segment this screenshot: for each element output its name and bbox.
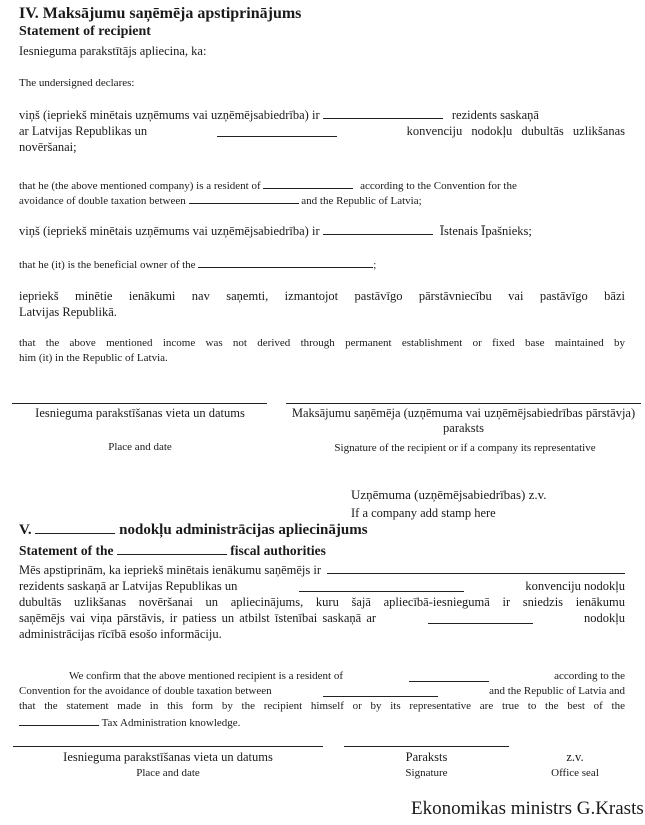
sig-right-en: Signature of the recipient or if a compa… (330, 441, 600, 455)
minister-signature-text: Ekonomikas ministrs G.Krasts (411, 798, 644, 820)
s5-lv-line5: administrācijas rīcībā esošo informāciju… (19, 627, 222, 642)
intro-en: The undersigned declares: (19, 77, 134, 89)
s5-en-line4: Tax Administration knowledge. (19, 715, 240, 729)
stamp-en: If a company add stamp here (351, 506, 496, 521)
intro-lv: Iesnieguma parakstītājs apliecina, ka: (19, 44, 206, 59)
s5-en-line2: Convention for the avoidance of double t… (19, 685, 625, 697)
convention-blank-lv[interactable] (299, 581, 464, 592)
p3-en-line2: him (it) in the Republic of Latvia. (19, 352, 168, 364)
s5-lv-line2: rezidents saskaņā ar Latvijas Republikas… (19, 579, 625, 594)
p3-lv-line2: Latvijas Republikā. (19, 305, 117, 320)
convention-blank-en[interactable] (323, 686, 438, 697)
seal-lv: z.v. (530, 750, 620, 765)
tax-admin-blank[interactable] (19, 715, 99, 726)
country-blank-2[interactable] (217, 126, 337, 137)
s5-en-line3: that the statement made in this form by … (19, 700, 625, 712)
section-5-title: V. nodokļu administrācijas apliecinājums (19, 522, 368, 539)
p1-lv-line2: ar Latvijas Republikas un konvenciju nod… (19, 124, 625, 139)
country-blank-subtitle[interactable] (117, 543, 227, 555)
section-5-subtitle: Statement of the fiscal authorities (19, 543, 326, 559)
resident-country-blank[interactable] (263, 178, 353, 189)
p2-en: that he (it) is the beneficial owner of … (19, 257, 376, 271)
sig-left-en: Place and date (30, 441, 250, 453)
p1-lv-line3: novēršanai; (19, 140, 77, 155)
owner-blank-en[interactable] (198, 257, 373, 268)
p1-lv-line1: viņš (iepriekš minētais uzņēmums vai uzņ… (19, 108, 539, 123)
s5-en-line1: We confirm that the above mentioned reci… (19, 670, 625, 682)
owner-blank-lv[interactable] (323, 224, 433, 235)
official-signature-line[interactable] (344, 746, 509, 747)
p3-lv-line1: iepriekš minētie ienākumi nav saņemti, i… (19, 289, 625, 304)
convention-country-blank[interactable] (189, 193, 299, 204)
sig-right-lv: Maksājumu saņēmēja (uzņēmuma vai uzņēmēj… (286, 406, 641, 436)
recipient-country-blank[interactable] (327, 563, 625, 574)
recipient-signature-line[interactable] (286, 403, 641, 404)
country-blank-1[interactable] (323, 108, 443, 119)
section-4-subtitle: Statement of recipient (19, 24, 151, 40)
country-blank-title[interactable] (35, 522, 115, 534)
seal-en: Office seal (530, 767, 620, 779)
p1-en-line1: that he (the above mentioned company) is… (19, 178, 517, 192)
sig-left-lv: Iesnieguma parakstīšanas vieta un datums (30, 406, 250, 421)
p1-en-line2: avoidance of double taxation between and… (19, 193, 422, 207)
s5-sig-left-en: Place and date (13, 767, 323, 779)
s5-lv-line4: saņēmējs vai viņa pārstāvis, ir patiess … (19, 611, 625, 626)
stamp-lv: Uzņēmuma (uzņēmējsabiedrības) z.v. (351, 487, 547, 503)
s5-sig-mid-lv: Paraksts (344, 750, 509, 765)
admin-country-blank[interactable] (428, 613, 533, 624)
s5-lv-line3: dubultās uzlikšanas novēršanai un apliec… (19, 595, 625, 610)
p2-lv: viņš (iepriekš minētais uzņēmums vai uzņ… (19, 224, 532, 239)
resident-blank-en[interactable] (409, 671, 489, 682)
section-4-title: IV. Maksājumu saņēmēja apstiprinājums (19, 5, 301, 23)
place-date-signature-line[interactable] (12, 403, 267, 404)
s5-sig-mid-en: Signature (344, 767, 509, 779)
s5-lv-line1: Mēs apstiprinām, ka iepriekš minētais ie… (19, 563, 625, 578)
p3-en-line1: that the above mentioned income was not … (19, 337, 625, 349)
place-date-signature-line-2[interactable] (13, 746, 323, 747)
s5-sig-left-lv: Iesnieguma parakstīšanas vieta un datums (13, 750, 323, 765)
